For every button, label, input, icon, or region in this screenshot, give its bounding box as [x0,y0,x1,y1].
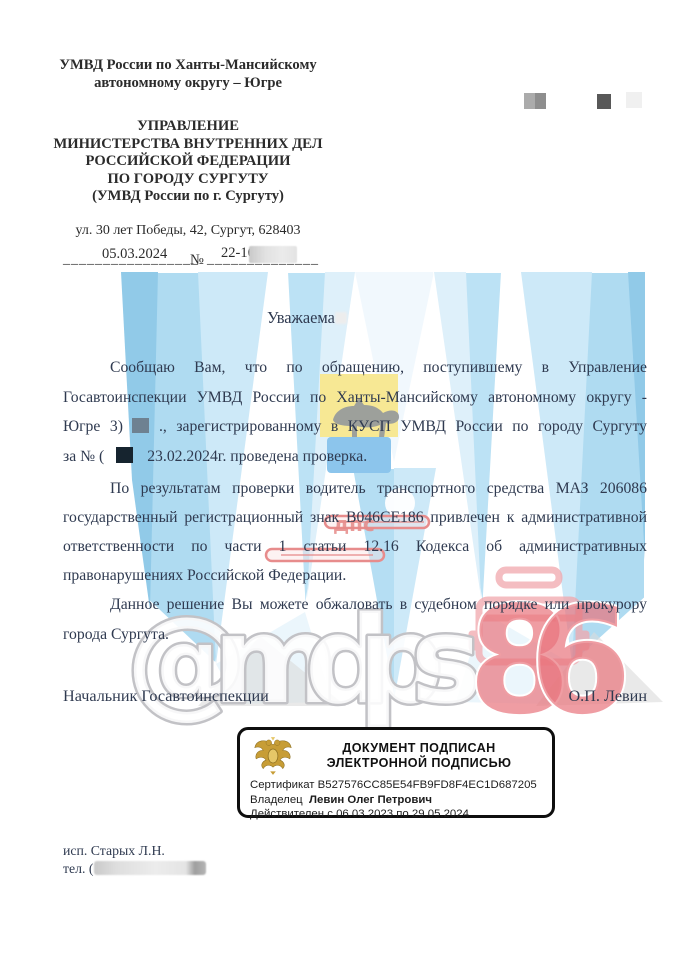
salutation: Уважаема [267,308,347,328]
stamp-title: ДОКУМЕНТ ПОДПИСАН ЭЛЕКТРОННОЙ ПОДПИСЬЮ [296,741,542,771]
redaction-box [132,418,149,433]
text-line: государственный регистрационный знак В04… [63,503,647,532]
department-name: УПРАВЛЕНИЕ МИНИСТЕРСТВА ВНУТРЕННИХ ДЕЛ Р… [40,118,336,206]
text-line: за № (23.02.2024г. проведена проверка. [63,442,647,472]
text-fragment: ., зарегистрированному в КУСП УМВД Росси… [159,418,647,435]
footer-block: исп. Старых Л.Н. тел. ( [63,842,206,877]
redaction-blur [94,861,206,875]
org-name: УМВД России по Ханты-Мансийскому автоном… [40,56,336,92]
text-line: Данное решение Вы можете обжаловать в су… [63,590,647,620]
redaction-box [597,94,611,109]
org-name-line1: УМВД России по Ханты-Мансийскому [40,56,336,74]
phone-line: тел. ( [63,860,206,878]
stamp-owner-name: Левин Олег Петрович [309,794,432,806]
executor-line: исп. Старых Л.Н. [63,842,206,860]
signer-name: О.П. Левин [568,687,647,706]
date-underline: _________________ [63,252,199,268]
text-line: Сообщаю Вам, что по обращению, поступивш… [63,353,647,383]
redaction-box [626,92,642,108]
stamp-title-line2: ЭЛЕКТРОННОЙ ПОДПИСЬЮ [296,756,542,771]
letter-content: УМВД России по Ханты-Мансийскому автоном… [0,0,700,973]
org-name-line2: автономному округу – Югре [40,74,336,92]
stamp-owner-label: Владелец [250,794,303,806]
stamp-title-line1: ДОКУМЕНТ ПОДПИСАН [296,741,542,756]
department-line: УПРАВЛЕНИЕ [40,118,336,136]
text-fragment: за № ( [63,448,104,465]
phone-label: тел. ( [63,861,94,876]
text-line: По результатам проверки водитель транспо… [63,474,647,503]
text-fragment: Югре 3) [63,418,123,435]
redaction-blur [335,312,347,324]
stamp-certificate: Сертификат B527576CC85E54FB9FD8F4EC1D687… [250,778,542,793]
text-line: Госавтоинспекции УМВД России по Ханты-Ма… [63,383,647,413]
postal-address: ул. 30 лет Победы, 42, Сургут, 628403 [40,223,336,239]
redaction-box [535,93,546,109]
department-line: РОССИЙСКОЙ ФЕДЕРАЦИИ [40,153,336,171]
redaction-box [524,93,535,109]
body-paragraph-1: Сообщаю Вам, что по обращению, поступивш… [63,353,647,471]
text-line: правонарушениях Российской Федерации. [63,561,647,590]
mvd-eagle-icon [250,735,296,777]
body-paragraph-3: Данное решение Вы можете обжаловать в су… [63,590,647,650]
e-signature-stamp: ДОКУМЕНТ ПОДПИСАН ЭЛЕКТРОННОЙ ПОДПИСЬЮ С… [237,727,555,818]
department-line: (УМВД России по г. Сургуту) [40,188,336,206]
redaction-blur [249,246,297,263]
text-line: Югре 3) ., зарегистрированному в КУСП УМ… [63,412,647,442]
stamp-owner: Владелец Левин Олег Петрович [250,793,542,808]
body-paragraph-2: По результатам проверки водитель транспо… [63,474,647,590]
redaction-box [116,447,133,463]
text-line: ответственности по части 1 статьи 12.16 … [63,532,647,561]
department-line: МИНИСТЕРСТВА ВНУТРЕННИХ ДЕЛ [40,136,336,154]
text-line: города Сургута. [63,620,647,650]
stamp-validity: Действителен с 06.03.2023 по 29.05.2024 [250,807,542,822]
department-line: ПО ГОРОДУ СУРГУТУ [40,171,336,189]
signer-title: Начальник Госавтоинспекции [63,687,269,706]
text-fragment: 23.02.2024г. проведена проверка. [147,448,367,465]
salutation-text: Уважаема [267,308,335,327]
scanned-letter-page: дпс @mdps 86 УМВД России по Ханты-Мансий… [0,0,700,973]
number-sign: № [190,252,204,269]
signature-row: Начальник Госавтоинспекции О.П. Левин [63,687,647,706]
